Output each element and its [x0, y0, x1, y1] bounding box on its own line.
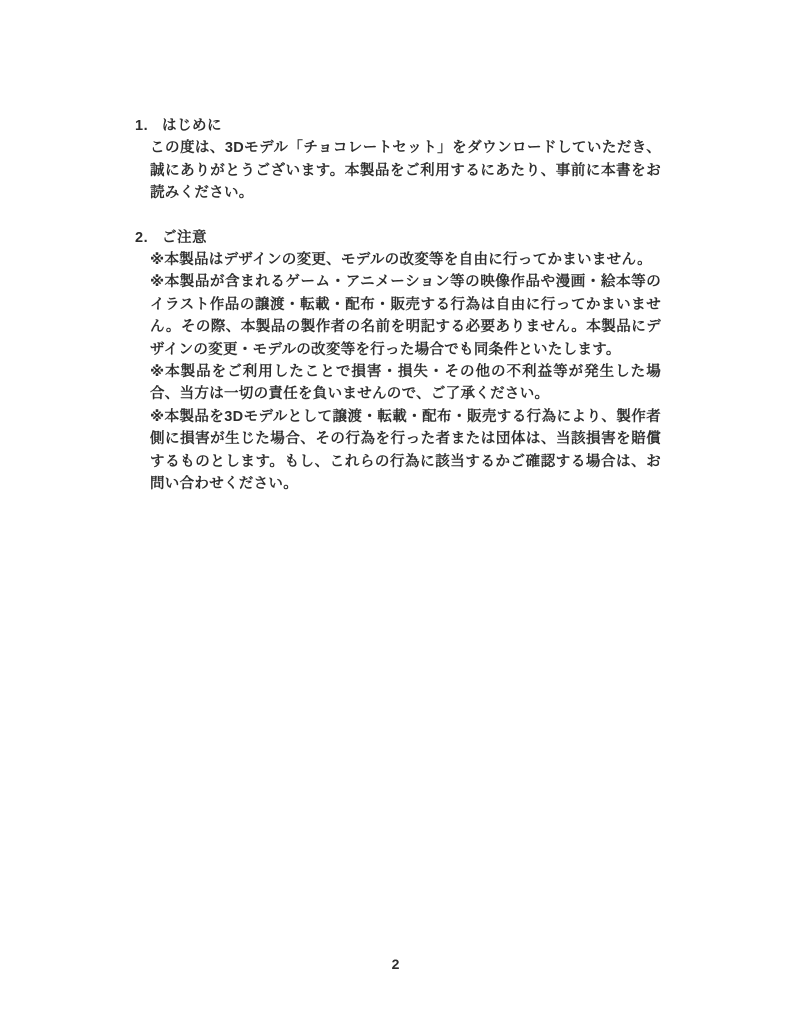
section-number: 1.	[135, 115, 162, 137]
paragraph-greeting: この度は、3Dモデル「チョコレートセット」をダウンロードしていただき、誠にありが…	[150, 137, 661, 204]
page-number: 2	[0, 956, 791, 972]
document-page: 1.はじめに この度は、3Dモデル「チョコレートセット」をダウンロードしていただ…	[0, 0, 791, 1024]
section-heading-notes: 2.ご注意	[135, 227, 662, 249]
note-item-modification: ※本製品はデザインの変更、モデルの改変等を自由に行ってかまいません。	[150, 249, 661, 271]
section-notes: 2.ご注意 ※本製品はデザインの変更、モデルの改変等を自由に行ってかまいません。…	[135, 227, 662, 496]
section-body-introduction: この度は、3Dモデル「チョコレートセット」をダウンロードしていただき、誠にありが…	[150, 137, 661, 204]
section-introduction: 1.はじめに この度は、3Dモデル「チョコレートセット」をダウンロードしていただ…	[135, 115, 662, 205]
section-body-notes: ※本製品はデザインの変更、モデルの改変等を自由に行ってかまいません。 ※本製品が…	[150, 249, 661, 495]
note-item-derivative-works: ※本製品が含まれるゲーム・アニメーション等の映像作品や漫画・絵本等のイラスト作品…	[150, 271, 661, 361]
section-heading-introduction: 1.はじめに	[135, 115, 662, 137]
section-title: ご注意	[162, 230, 207, 246]
note-item-redistribution: ※本製品を3Dモデルとして譲渡・転載・配布・販売する行為により、製作者側に損害が…	[150, 406, 661, 496]
section-title: はじめに	[162, 118, 222, 134]
section-number: 2.	[135, 227, 162, 249]
note-item-liability: ※本製品をご利用したことで損害・損失・その他の不利益等が発生した場合、当方は一切…	[150, 361, 661, 406]
